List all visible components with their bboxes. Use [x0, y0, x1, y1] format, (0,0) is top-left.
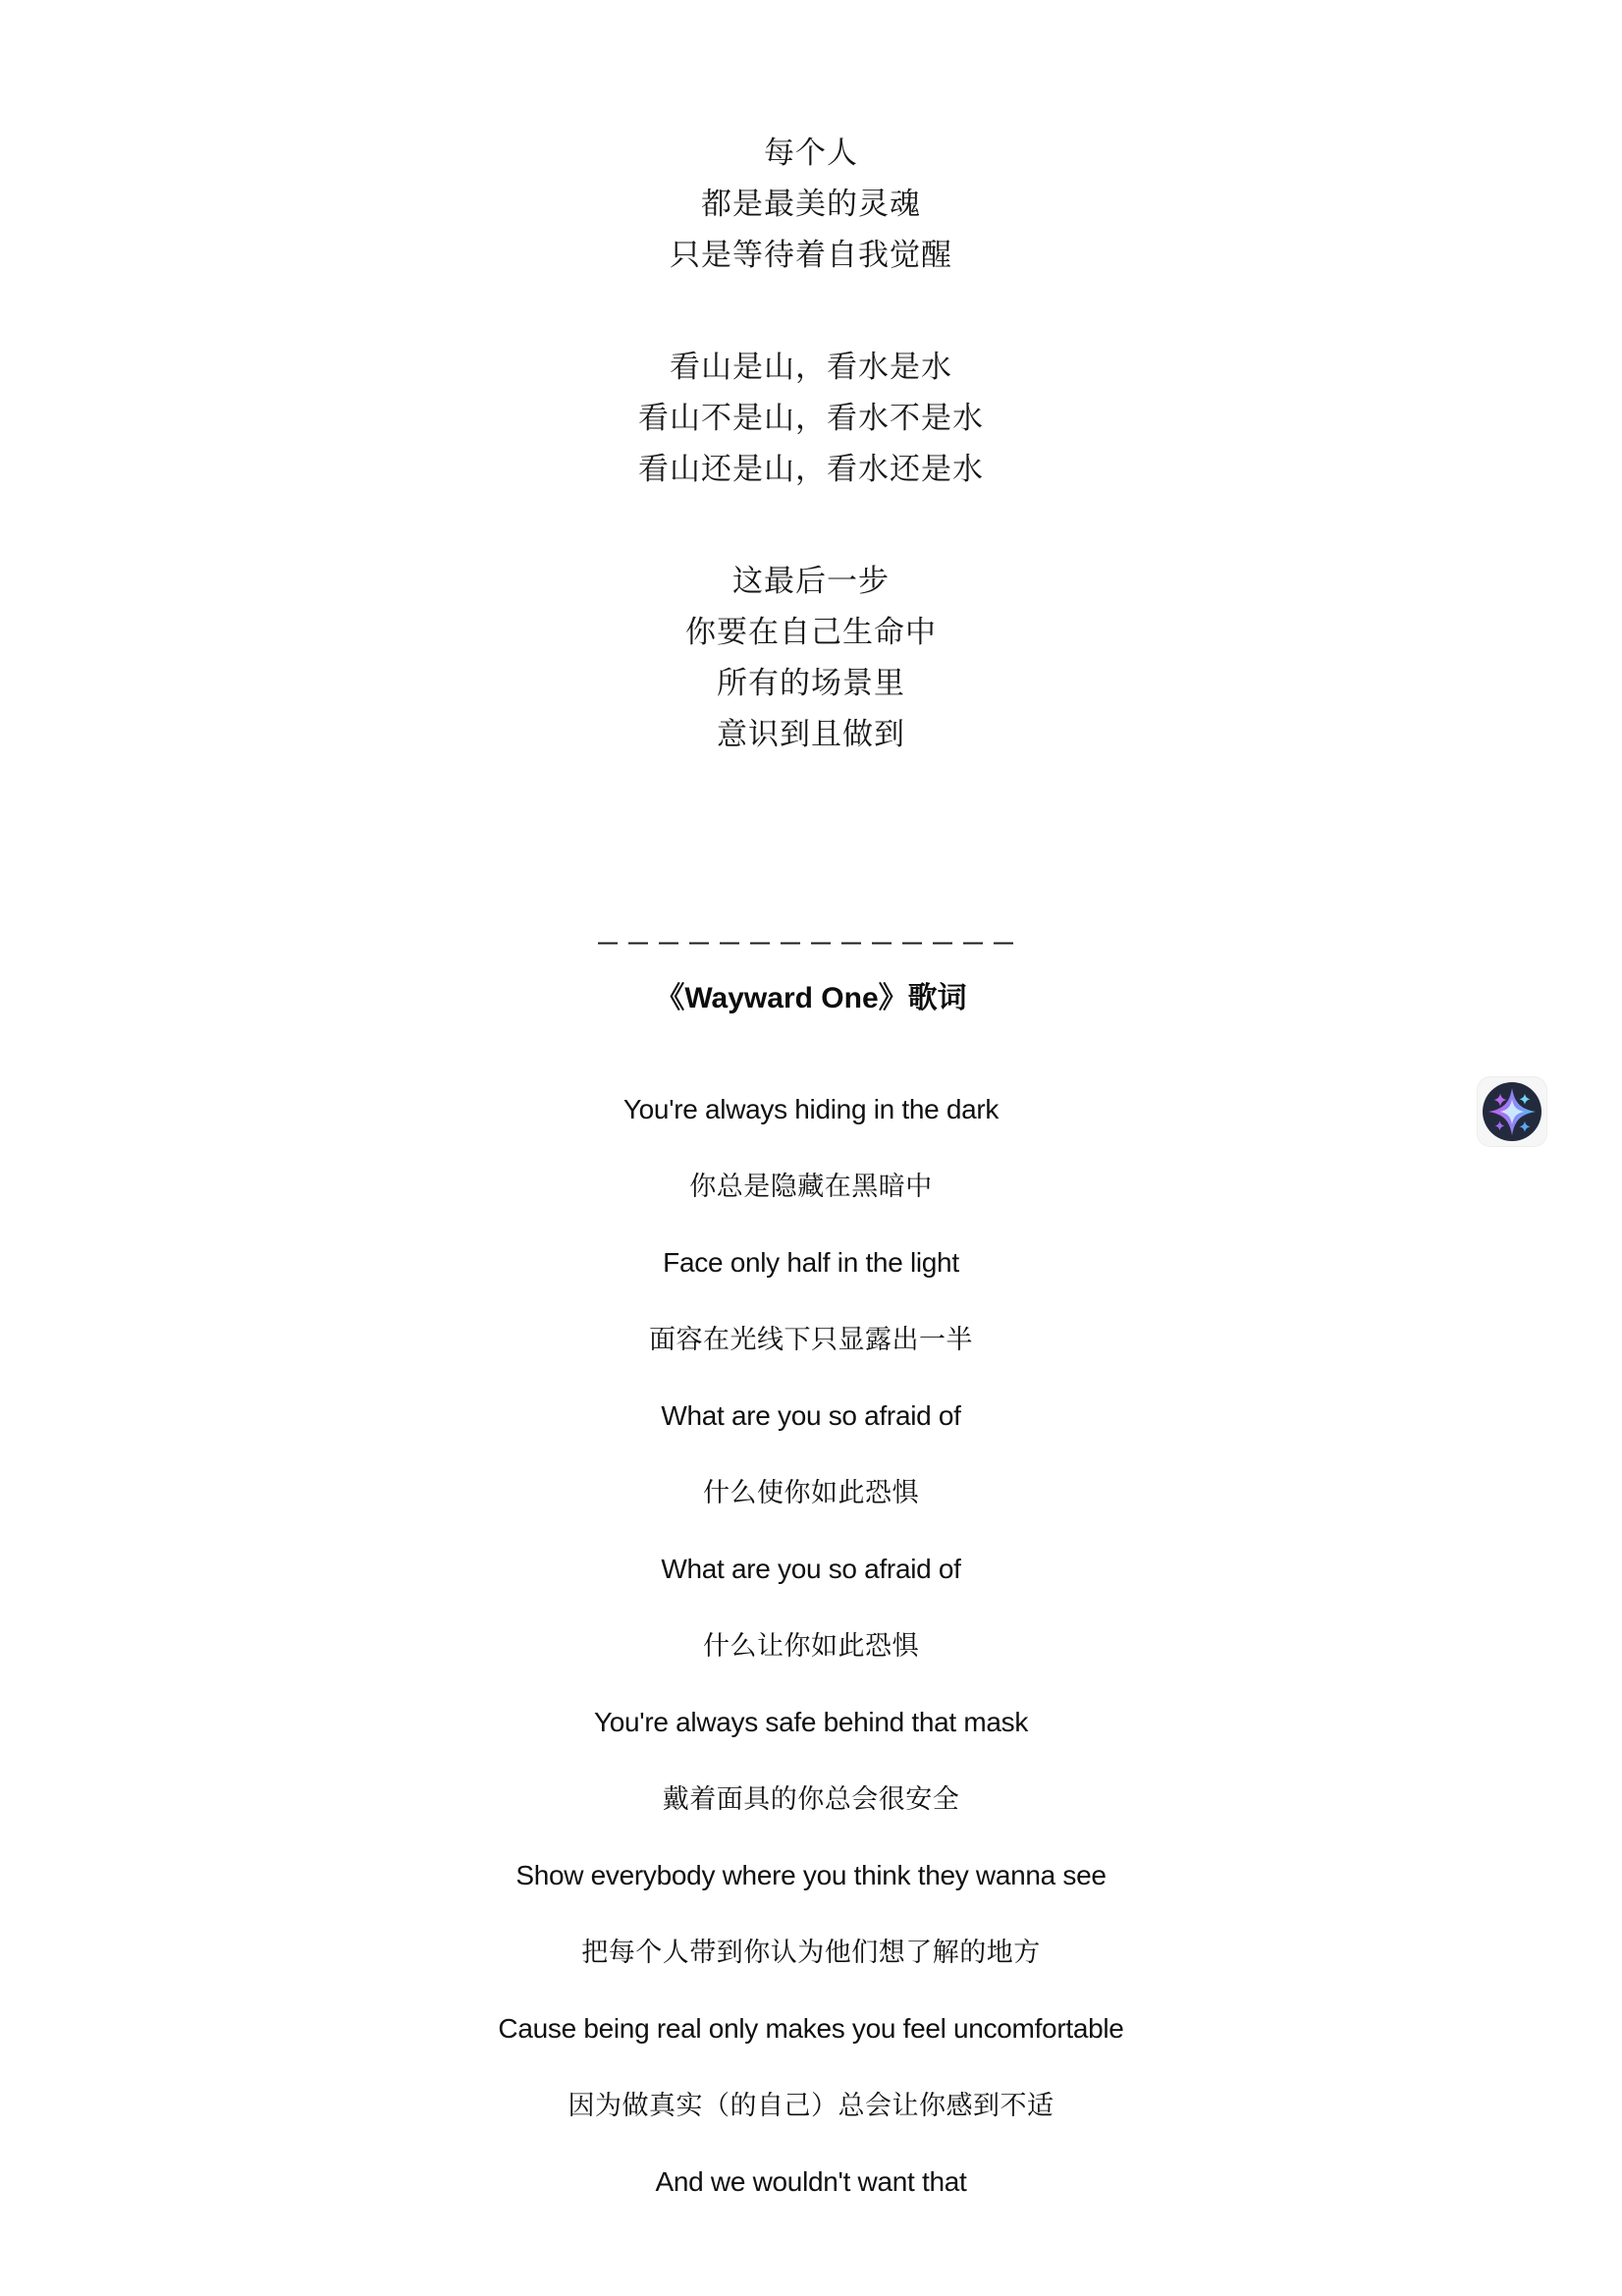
lyric-line-zh: 面容在光线下只显露出一半 — [0, 1320, 1622, 1359]
lyrics-section: You're always hiding in the dark你总是隐藏在黑暗… — [0, 1090, 1622, 2202]
poem-line: 看山是山，看水是水 — [0, 342, 1622, 393]
lyrics-title: 《Wayward One》歌词 — [0, 977, 1622, 1020]
lyric-line-en: You're always safe behind that mask — [0, 1703, 1622, 1742]
lyric-line-en: Face only half in the light — [0, 1243, 1622, 1283]
lyric-line-en: Show everybody where you think they wann… — [0, 1856, 1622, 1895]
poem-line: 这最后一步 — [0, 556, 1622, 607]
lyric-line-en: Cause being real only makes you feel unc… — [0, 2009, 1622, 2049]
lyric-line-zh: 什么使你如此恐惧 — [0, 1473, 1622, 1512]
lyric-line-en: And we wouldn't want that — [0, 2162, 1622, 2202]
ai-assistant-widget[interactable] — [1477, 1076, 1547, 1147]
lyric-line-zh: 戴着面具的你总会很安全 — [0, 1779, 1622, 1819]
poem-stanza: 看山是山，看水是水看山不是山，看水不是水看山还是山，看水还是水 — [0, 342, 1622, 495]
lyric-line-en: What are you so afraid of — [0, 1550, 1622, 1589]
poem-line: 所有的场景里 — [0, 658, 1622, 709]
poem-line: 都是最美的灵魂 — [0, 179, 1622, 230]
lyric-line-en: What are you so afraid of — [0, 1396, 1622, 1436]
lyric-line-zh: 把每个人带到你认为他们想了解的地方 — [0, 1933, 1622, 1972]
lyric-line-en: You're always hiding in the dark — [0, 1090, 1622, 1129]
document-content: 每个人都是最美的灵魂只是等待着自我觉醒看山是山，看水是水看山不是山，看水不是水看… — [0, 0, 1622, 2239]
poem-line: 看山还是山，看水还是水 — [0, 444, 1622, 495]
poem-line: 只是等待着自我觉醒 — [0, 230, 1622, 281]
lyric-line-zh: 什么让你如此恐惧 — [0, 1626, 1622, 1666]
lyric-line-zh: 因为做真实（的自己）总会让你感到不适 — [0, 2086, 1622, 2125]
dashed-divider: —————————————— — [0, 923, 1622, 962]
poem-line: 你要在自己生命中 — [0, 607, 1622, 658]
poem: 每个人都是最美的灵魂只是等待着自我觉醒看山是山，看水是水看山不是山，看水不是水看… — [0, 128, 1622, 760]
sparkle-star-icon — [1481, 1080, 1543, 1143]
poem-line: 看山不是山，看水不是水 — [0, 393, 1622, 444]
poem-stanza: 每个人都是最美的灵魂只是等待着自我觉醒 — [0, 128, 1622, 281]
lyric-line-zh: 你总是隐藏在黑暗中 — [0, 1167, 1622, 1206]
lyrics-document-page: 每个人都是最美的灵魂只是等待着自我觉醒看山是山，看水是水看山不是山，看水不是水看… — [0, 0, 1622, 2296]
poem-stanza: 这最后一步你要在自己生命中所有的场景里意识到且做到 — [0, 556, 1622, 760]
poem-line: 意识到且做到 — [0, 709, 1622, 760]
poem-line: 每个人 — [0, 128, 1622, 179]
